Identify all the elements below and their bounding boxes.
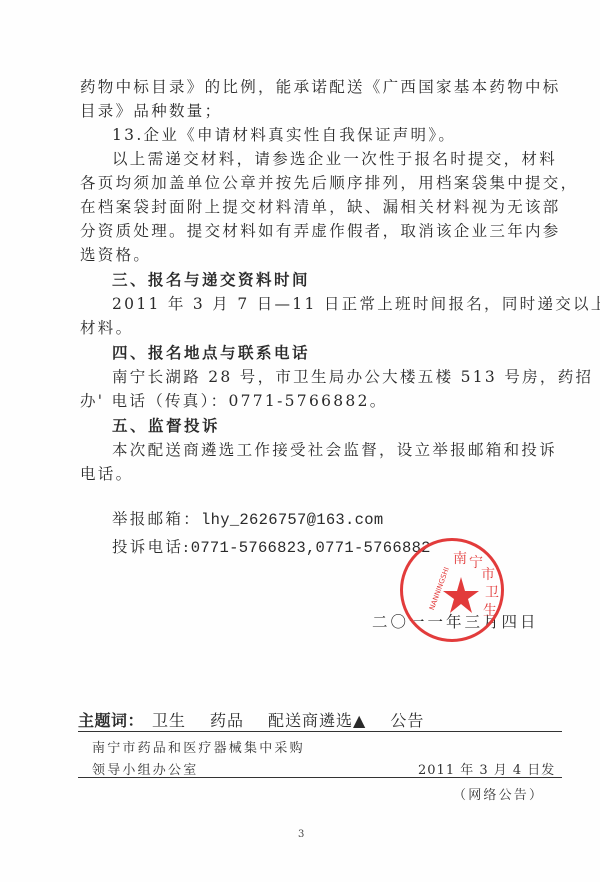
body-line: 目录》品种数量； xyxy=(80,101,222,121)
official-seal: 南 宁 市 卫 生 NANNINGSHI xyxy=(400,538,504,642)
svg-text:市: 市 xyxy=(481,567,495,583)
complaint-phones: 0771-5766823,0771-5766882 xyxy=(191,539,431,557)
svg-text:南: 南 xyxy=(453,550,467,567)
divider xyxy=(78,731,562,732)
section-5-text: 电话。 xyxy=(80,464,133,484)
keyword: 卫生 xyxy=(152,711,186,730)
page-number: 3 xyxy=(298,829,304,840)
svg-text:生: 生 xyxy=(483,602,497,619)
section-3-heading: 三、报名与递交资料时间 xyxy=(112,270,310,290)
seal-star-icon: 南 宁 市 卫 生 NANNINGSHI xyxy=(403,541,501,639)
body-line: 药物中标目录》的比例，能承诺配送《广西国家基本药物中标 xyxy=(80,77,561,97)
section-3-text: 材料。 xyxy=(80,318,133,338)
item-13: 13.企业《申请材料真实性自我保证声明》。 xyxy=(112,125,456,145)
section-4-phone: 办' 电话（传真）：0771-5766882。 xyxy=(80,391,388,411)
subject-label: 主题词： xyxy=(78,711,144,730)
section-5-text: 本次配送商遴选工作接受社会监督，设立举报邮箱和投诉 xyxy=(112,440,557,460)
keyword: 药品 xyxy=(210,711,244,730)
issuer-line-1: 南宁市药品和医疗器械集中采购 xyxy=(92,737,305,756)
email-label: 举报邮箱： xyxy=(112,510,201,528)
section-5-heading: 五、监督投诉 xyxy=(112,416,220,436)
body-line: 以上需递交材料，请参选企业一次性于报名时提交，材料 xyxy=(112,149,557,169)
section-3-text: 2011 年 3 月 7 日—11 日正常上班时间报名，同时递交以上 xyxy=(112,294,600,314)
svg-text:卫: 卫 xyxy=(485,585,499,601)
complaint-phone-row: 投诉电话:0771-5766823,0771-5766882 xyxy=(112,537,431,558)
issue-date: 2011 年 3 月 4 日发 xyxy=(418,759,555,778)
phone-label: 投诉电话: xyxy=(112,538,191,556)
body-line: 分资质处理。提交材料如有弄虚作假者，取消该企业三年内参 xyxy=(80,221,561,241)
publication-note: （网络公告） xyxy=(453,784,544,803)
document-page: 药物中标目录》的比例，能承诺配送《广西国家基本药物中标 目录》品种数量； 13.… xyxy=(0,0,600,882)
issuer-line-2: 领导小组办公室 xyxy=(92,759,198,778)
report-email[interactable]: lhy_2626757@163.com xyxy=(201,511,383,529)
body-line: 在档案袋封面附上提交材料清单，缺、漏相关材料视为无该部 xyxy=(80,197,561,217)
report-email-row: 举报邮箱：lhy_2626757@163.com xyxy=(112,509,383,530)
keyword: 公告 xyxy=(390,711,424,730)
section-4-address: 南宁长湖路 28 号，市卫生局办公大楼五楼 513 号房，药招 xyxy=(112,367,593,387)
subject-keywords-row: 主题词：卫生药品配送商遴选▲公告 xyxy=(78,708,562,731)
body-line: 各页均须加盖单位公章并按先后顺序排列，用档案袋集中提交， xyxy=(80,173,578,193)
body-line: 选资格。 xyxy=(80,245,151,265)
keyword: 配送商遴选▲ xyxy=(268,711,366,730)
divider xyxy=(78,777,562,778)
section-4-heading: 四、报名地点与联系电话 xyxy=(112,343,310,363)
svg-text:NANNINGSHI: NANNINGSHI xyxy=(428,566,451,611)
